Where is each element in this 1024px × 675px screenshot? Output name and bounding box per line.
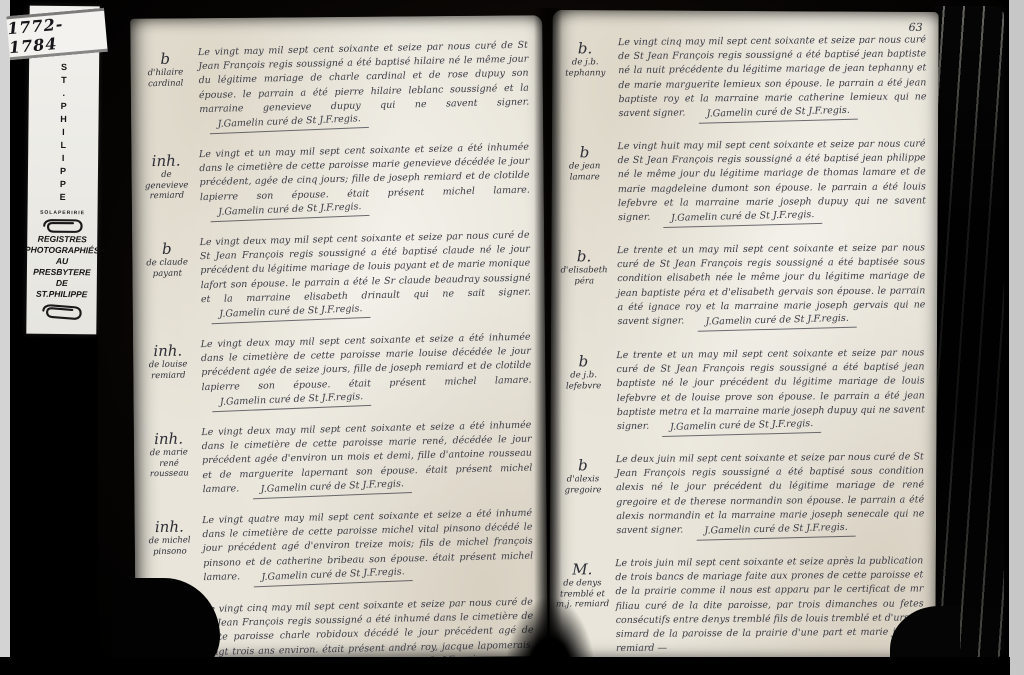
- entry-margin-note: b. d'elisabeth péra: [557, 245, 612, 333]
- spine-label-line: DE: [56, 278, 68, 289]
- register-entry: b de j.b. lefebvre Le trente et un may m…: [556, 346, 925, 436]
- paperclip-icon: [39, 218, 85, 234]
- entry-body: Le vingt et un may mil sept cent soixant…: [199, 142, 530, 203]
- entry-margin-note: inh. de louise remiard: [141, 339, 197, 413]
- register-entry: b de jean lamare Le vingt huit may mil s…: [557, 138, 926, 228]
- entry-margin-note: inh. de genevieve remiard: [139, 148, 195, 222]
- entry-margin-name: de claude payant: [140, 257, 194, 279]
- entry-signature: J.Gamelin curé de St J.F.regis.: [698, 104, 858, 124]
- entry-margin-note: b de j.b. lefebvre: [556, 349, 611, 437]
- register-entry: b. de j.b. tephanny Le vingt cinq may mi…: [558, 33, 927, 123]
- entry-margin-name: de jean lamare: [558, 161, 612, 182]
- entry-margin-name: d'alexis gregoire: [556, 474, 610, 495]
- entry-signature: J.Gamelin curé de St J.F.regis.: [252, 477, 412, 500]
- entry-margin-name: de louise remiard: [141, 360, 195, 382]
- entry-type-mark: inh.: [141, 344, 195, 359]
- register-entry: inh. de marie rené rousseau Le vingt deu…: [141, 419, 533, 501]
- entry-type-mark: inh.: [141, 432, 195, 447]
- entry-margin-name: d'elisabeth péra: [557, 266, 611, 287]
- entry-type-mark: b.: [558, 41, 612, 55]
- entry-type-mark: b: [140, 241, 194, 256]
- paperclip-icon: [38, 302, 85, 322]
- entry-signature: J.Gamelin curé de St J.F.regis.: [211, 302, 371, 325]
- register-entry: b d'hilaire cardinal Le vingt may mil se…: [138, 39, 530, 135]
- register-entry: inh. de genevieve remiard Le vingt et un…: [139, 141, 531, 223]
- entry-margin-note: b d'alexis gregoire: [556, 453, 611, 541]
- spine-label-line: PRESBYTERE: [33, 267, 91, 279]
- entry-text: Le vingt et un may mil sept cent soixant…: [199, 141, 531, 221]
- photo-bottom-edge: [0, 657, 1010, 675]
- entry-text: Le trente et un may mil sept cent soixan…: [617, 242, 926, 332]
- entry-text: Le trois juin mil sept cent soixante et …: [615, 554, 924, 656]
- entry-body: Le vingt may mil sept cent soixante et s…: [198, 40, 529, 115]
- right-page-entries: b. de j.b. tephanny Le vingt cinq may mi…: [549, 10, 938, 662]
- entry-text: Le vingt may mil sept cent soixante et s…: [198, 39, 530, 134]
- entry-margin-note: b. de j.b. tephanny: [558, 36, 613, 124]
- entry-margin-name: de j.b. tephanny: [558, 57, 612, 78]
- spine-label-line: REGISTRES: [38, 234, 87, 246]
- entry-margin-name: d'hilaire cardinal: [138, 67, 192, 89]
- entry-text: Le vingt huit may mil sept cent soixante…: [617, 138, 926, 228]
- register-entry: b de claude payant Le vingt deux may mil…: [140, 229, 532, 325]
- entry-margin-note: inh. de marie rené rousseau: [141, 427, 197, 501]
- left-page-entries: b d'hilaire cardinal Le vingt may mil se…: [130, 15, 548, 660]
- entry-type-mark: b: [556, 354, 610, 368]
- entry-signature: J.Gamelin curé de St J.F.regis.: [210, 200, 370, 223]
- entry-signature: J.Gamelin curé de St J.F.regis.: [697, 312, 857, 332]
- photo-edge-left: [0, 0, 10, 675]
- entry-body: Le vingt deux may mil sept cent soixante…: [200, 230, 531, 305]
- entry-signature: J.Gamelin curé de St J.F.regis.: [662, 417, 822, 437]
- spine-label-line: AU: [56, 256, 68, 267]
- entry-type-mark: b: [556, 458, 610, 472]
- entry-text: Le vingt quatre may mil sept cent soixan…: [202, 507, 534, 587]
- entry-signature: J.Gamelin curé de St J.F.regis.: [212, 390, 372, 413]
- left-page: b d'hilaire cardinal Le vingt may mil se…: [130, 15, 548, 660]
- book-fore-edge: [934, 6, 1004, 658]
- book-gutter-shadow: [534, 8, 562, 666]
- entry-signature: J.Gamelin curé de St J.F.regis.: [209, 112, 369, 135]
- entry-margin-name: de michel pinsono: [143, 536, 197, 558]
- entry-margin-name: de j.b. lefebvre: [557, 370, 611, 391]
- photo-edge-right: [1009, 0, 1024, 675]
- entry-signature: J.Gamelin curé de St J.F.regis.: [663, 208, 823, 228]
- entry-text: Le vingt deux may mil sept cent soixante…: [201, 419, 533, 499]
- entry-margin-note: b de jean lamare: [557, 140, 612, 228]
- entry-body: Le vingt deux may mil sept cent soixante…: [201, 332, 532, 393]
- entry-signature: J.Gamelin curé de St J.F.regis.: [253, 565, 413, 588]
- spine-label-line: PHOTOGRAPHIÉS: [25, 245, 100, 257]
- entry-type-mark: inh.: [139, 153, 193, 168]
- register-entry: M. de denys tremblé et m.j. remiard Le t…: [555, 554, 924, 657]
- entry-type-mark: b.: [557, 250, 611, 264]
- entry-margin-name: de genevieve remiard: [139, 169, 194, 202]
- register-entry: inh. de michel pinsono Le vingt quatre m…: [142, 507, 534, 589]
- entry-signature: J.Gamelin curé de St J.F.regis.: [696, 520, 856, 540]
- spine-stamp-text: SOLAPERIRIE: [40, 210, 85, 216]
- entry-text: Le vingt deux may mil sept cent soixante…: [201, 331, 533, 411]
- entry-text: Le vingt deux may mil sept cent soixante…: [200, 229, 532, 324]
- spine-parish-title: ST.PHILIPPE: [58, 62, 69, 205]
- entry-type-mark: b: [557, 145, 611, 159]
- entry-text: Le trente et un may mil sept cent soixan…: [616, 346, 925, 436]
- entry-margin-note: b d'hilaire cardinal: [138, 46, 194, 134]
- right-page: 63 b. de j.b. tephanny Le vingt cinq may…: [549, 10, 938, 662]
- entry-margin-note: b de claude payant: [140, 236, 196, 324]
- entry-margin-name: de marie rené rousseau: [142, 448, 197, 481]
- entry-text: Le deux juin mil sept cent soixante et s…: [616, 450, 925, 540]
- spine-years-label: 1772-1784: [6, 8, 107, 60]
- entry-type-mark: inh.: [142, 520, 196, 535]
- entry-text: Le vingt cinq may mil sept cent soixante…: [618, 33, 927, 123]
- register-entry: inh. de louise remiard Le vingt deux may…: [141, 331, 533, 413]
- spine-label-line: ST.PHILIPPE: [36, 289, 87, 301]
- entry-type-mark: M.: [555, 562, 609, 576]
- entry-body: Le trois juin mil sept cent soixante et …: [615, 555, 924, 654]
- register-entry: b d'alexis gregoire Le deux juin mil sep…: [556, 450, 925, 540]
- register-entry: b. d'elisabeth péra Le trente et un may …: [557, 242, 926, 332]
- archival-photo: ST.PHILIPPE SOLAPERIRIE REGISTRES PHOTOG…: [0, 0, 1024, 675]
- entry-type-mark: b: [138, 51, 192, 66]
